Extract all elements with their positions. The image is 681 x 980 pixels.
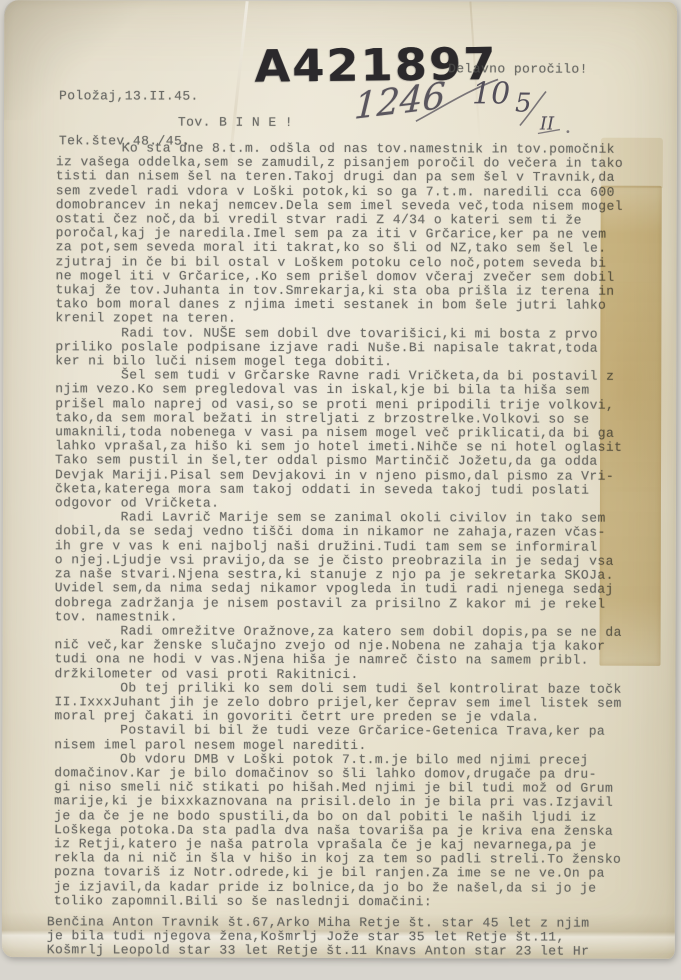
scan-background: Položaj,13.II.45. Tek.štev.48./45. A4218… [0,0,681,980]
salutation: Tov. B I N E ! [178,115,293,130]
tape-stain-top [601,138,663,188]
subject-note: Delavno poročilo! [448,61,588,76]
document-page: Položaj,13.II.45. Tek.štev.48./45. A4218… [2,0,678,959]
document-body: Ko sta dne 8.t.m. odšla od nas tov.names… [54,141,662,959]
pencil-digits: 10 [472,76,510,111]
handwritten-annotation: 10 5 II [412,63,602,153]
document-line: Košmrlj Leopold star 33 let Retje št.11 … [47,944,660,960]
document-line: toliko zapomnil.Bili so še naslednji dom… [54,894,660,910]
pencil-dot [567,130,570,133]
place-date-line: Položaj,13.II.45. [59,88,199,103]
tape-stain [600,186,662,666]
